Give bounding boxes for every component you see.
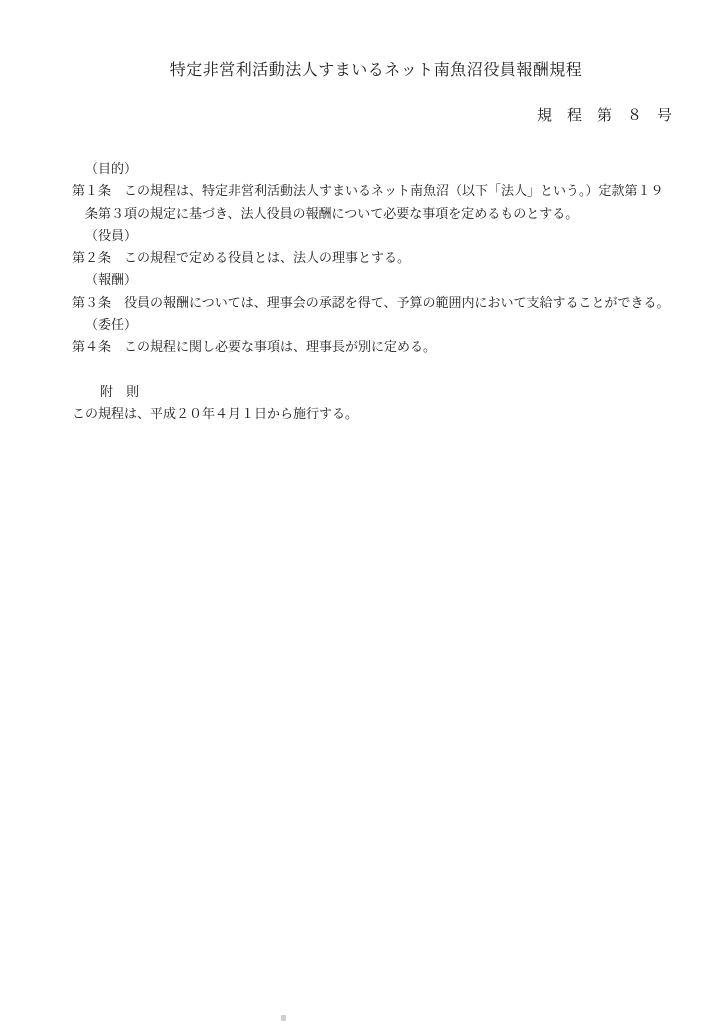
article-1-line-2: 条第３項の規定に基づき、法人役員の報酬について必要な事項を定めるものとする。 <box>72 203 701 225</box>
heading-remuneration: （報酬） <box>72 269 701 291</box>
article-1-line-1: 第１条 この規程は、特定非営利活動法人すまいるネット南魚沼（以下「法人」という。… <box>72 180 701 202</box>
document-page: 特定非営利活動法人すまいるネット南魚沼役員報酬規程 規 程 第 ８ 号 （目的）… <box>0 0 721 1024</box>
heading-delegation: （委任） <box>72 314 701 336</box>
heading-officers: （役員） <box>72 225 701 247</box>
document-body: （目的） 第１条 この規程は、特定非営利活動法人すまいるネット南魚沼（以下「法人… <box>72 158 701 426</box>
document-title: 特定非営利活動法人すまいるネット南魚沼役員報酬規程 <box>72 61 680 80</box>
document-number: 規 程 第 ８ 号 <box>72 106 672 125</box>
article-2: 第２条 この規程で定める役員とは、法人の理事とする。 <box>72 247 701 269</box>
article-4: 第４条 この規程に関し必要な事項は、理事長が別に定める。 <box>72 336 701 358</box>
article-3: 第３条 役員の報酬については、理事会の承認を得て、予算の範囲内において支給するこ… <box>72 292 701 314</box>
heading-purpose: （目的） <box>72 158 701 180</box>
blank-line <box>72 359 701 381</box>
supplement-heading: 附 則 <box>72 381 701 403</box>
supplement-text: この規程は、平成２０年４月１日から施行する。 <box>72 403 701 425</box>
scan-artifact <box>281 1015 286 1021</box>
